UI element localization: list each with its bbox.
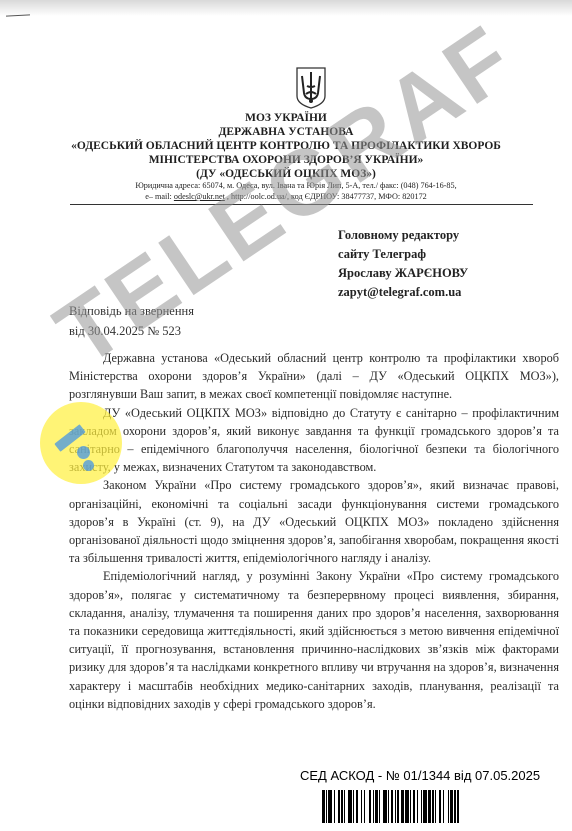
body-paragraph: Державна установа «Одеський обласний цен… [69, 349, 559, 404]
legal-address: Юридична адреса: 65074, м. Одеса, вул. І… [10, 181, 572, 191]
addressee-email: zapyt@telegraf.com.ua [338, 283, 468, 302]
registration-stamp: СЕД АСКОД - № 01/1344 від 07.05.2025 [300, 768, 540, 783]
addressee-outlet: сайту Телеграф [338, 245, 468, 264]
logo-dot-shape [77, 446, 90, 459]
logo-dot-shape [83, 460, 94, 471]
email-link[interactable]: odeslc@ukr.net [174, 192, 225, 201]
scan-corner-mark [6, 14, 30, 16]
contact-prefix: е– mail: [145, 192, 174, 201]
institution-short-name: (ДУ «ОДЕСЬКИЙ ОЦКПХ МОЗ») [0, 167, 572, 181]
contact-line: е– mail: odeslc@ukr.net , http://oolc.od… [0, 192, 572, 202]
reference-block: Відповідь на звернення від 30.04.2025 № … [69, 302, 194, 341]
letter-body: Державна установа «Одеський обласний цен… [69, 349, 559, 713]
institution-name-line1: «ОДЕСЬКИЙ ОБЛАСНИЙ ЦЕНТР КОНТРОЛЮ ТА ПРО… [0, 139, 572, 153]
body-paragraph: Законом України «Про систему громадськог… [69, 476, 559, 567]
reference-line2: від 30.04.2025 № 523 [69, 322, 194, 342]
addressee-name: Ярославу ЖАРЄНОВУ [338, 264, 468, 283]
reference-line1: Відповідь на звернення [69, 302, 194, 322]
body-paragraph: Епідеміологічний нагляд, у розумінні Зак… [69, 567, 559, 713]
institution-name-line2: МІНІСТЕРСТВА ОХОРОНИ ЗДОРОВ’Я УКРАЇНИ» [0, 153, 572, 167]
contact-suffix: , http://oolc.od.ua/, код ЄДРПОУ: 384777… [225, 192, 427, 201]
scan-top-shadow [0, 0, 572, 16]
ukraine-trident-emblem-icon [295, 66, 327, 110]
barcode-icon [322, 790, 520, 823]
header-divider [70, 204, 533, 205]
addressee-block: Головному редактору сайту Телеграф Яросл… [338, 226, 468, 302]
body-paragraph: ДУ «Одеський ОЦКПХ МОЗ» відповідно до Ст… [69, 404, 559, 477]
ministry-name: МОЗ УКРАЇНИ [0, 111, 572, 125]
addressee-title: Головному редактору [338, 226, 468, 245]
institution-type: ДЕРЖАВНА УСТАНОВА [0, 125, 572, 139]
